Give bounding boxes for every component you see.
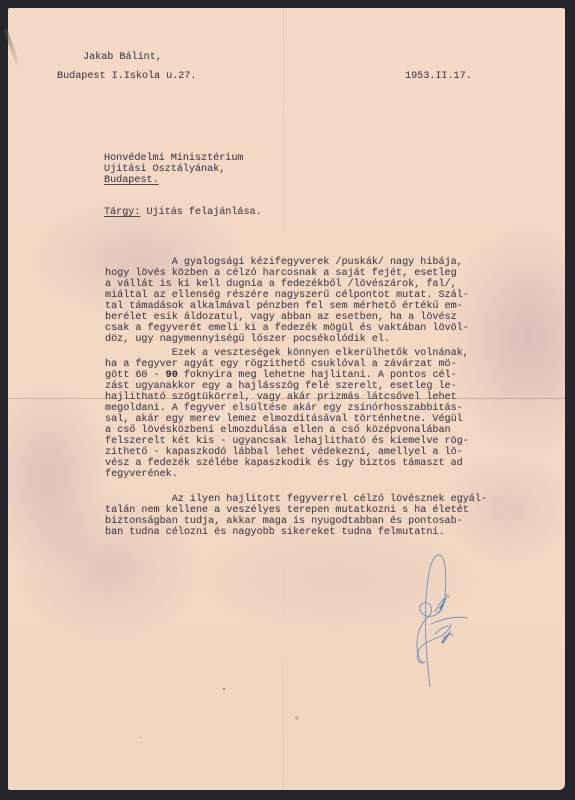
paragraph-line: zást ugyanakkor egy a hajlásszög felé sz…	[105, 381, 457, 392]
paragraph-line: vész a fedezék szélébe kapaszkodik és ig…	[105, 458, 463, 469]
paragraph-line: Ezek a veszteségek könnyen elkerülhetők …	[105, 348, 469, 359]
paragraph-line: hogy lövés közben a célzó harcosnak a sa…	[105, 268, 457, 279]
paragraph-line: hajlitható szögtükörrel, vagy akár prizm…	[105, 392, 457, 403]
line-segment: foknyira meg lehetne hajlitani. A pontos…	[178, 370, 457, 381]
sender-address: Budapest I.Iskola u.27.	[57, 71, 196, 82]
line-segment: gött 60 -	[105, 370, 166, 381]
paragraph-line: A gyalogsági kézifegyverek /puskák/ nagy…	[105, 257, 463, 268]
paragraph-line: berélet esik áldozatul, vagy abban az es…	[105, 312, 457, 323]
paragraph-line: tal támadások alkalmával pénzben fel sem…	[105, 301, 463, 312]
paragraph-line: zithető - kapaszkodó lábbal lehet védeke…	[105, 447, 463, 458]
letter-date: 1953.II.17.	[405, 71, 472, 82]
paragraph-line: fegyverének.	[105, 469, 178, 480]
recipient-line-3: Budapest.	[104, 175, 159, 186]
paragraph-line: a vállát is ki kell dugnia a fedezékből …	[105, 279, 457, 290]
paragraph-line: sal, akár egy merev lemez elmozditásával…	[105, 414, 463, 425]
paragraph-line: felszerelt két kis - ugyancsak lehajlith…	[105, 436, 469, 447]
subject-label: Tárgy:	[104, 207, 140, 218]
sender-name: Jakab Bálint,	[83, 52, 162, 63]
paper-speck	[277, 438, 278, 441]
paragraph-line: ha a fegyver agyát egy rögzithető csukló…	[105, 359, 457, 370]
paragraph-line: Az ilyen hajlitott fegyverrel célzó lövé…	[105, 494, 487, 505]
paragraph-line: miáltal az ellenség részére nagyszerű cé…	[105, 290, 469, 301]
paragraph-line: csak a fegyverét emeli ki a fedezék mögü…	[105, 323, 469, 334]
recipient-line-2: Ujitási Osztályának,	[104, 164, 225, 175]
paragraph-line: gött 60 - 90 foknyira meg lehetne hajlit…	[105, 370, 457, 381]
paragraph-line: biztonságban tudja, akkar maga is nyugod…	[105, 516, 463, 527]
handwritten-signature	[405, 552, 485, 687]
paragraph-line: a cső lövésközbeni elmozdulása ellen a c…	[105, 425, 451, 436]
paragraph-line: döz, ugy nagymennyiségű lőszer pocsékoló…	[105, 334, 390, 345]
paragraph-line: megoldani. A fegyver elsültése akár egy …	[105, 403, 463, 414]
paragraph-line: talán nem kellene a veszélyes terepen mu…	[105, 505, 469, 516]
paper-speck	[140, 737, 141, 738]
paper-speck	[223, 688, 225, 690]
paper-speck	[295, 716, 299, 720]
subject-text: Ujitás felajánlása.	[140, 207, 261, 218]
recipient-line-1: Honvédelmi Minisztérium	[104, 153, 243, 164]
subject-line: Tárgy: Ujitás felajánlása.	[104, 207, 262, 218]
paragraph-line: ban tudna célozni és nagyobb sikereket t…	[105, 527, 445, 538]
overtyped-number: 90	[166, 370, 178, 381]
